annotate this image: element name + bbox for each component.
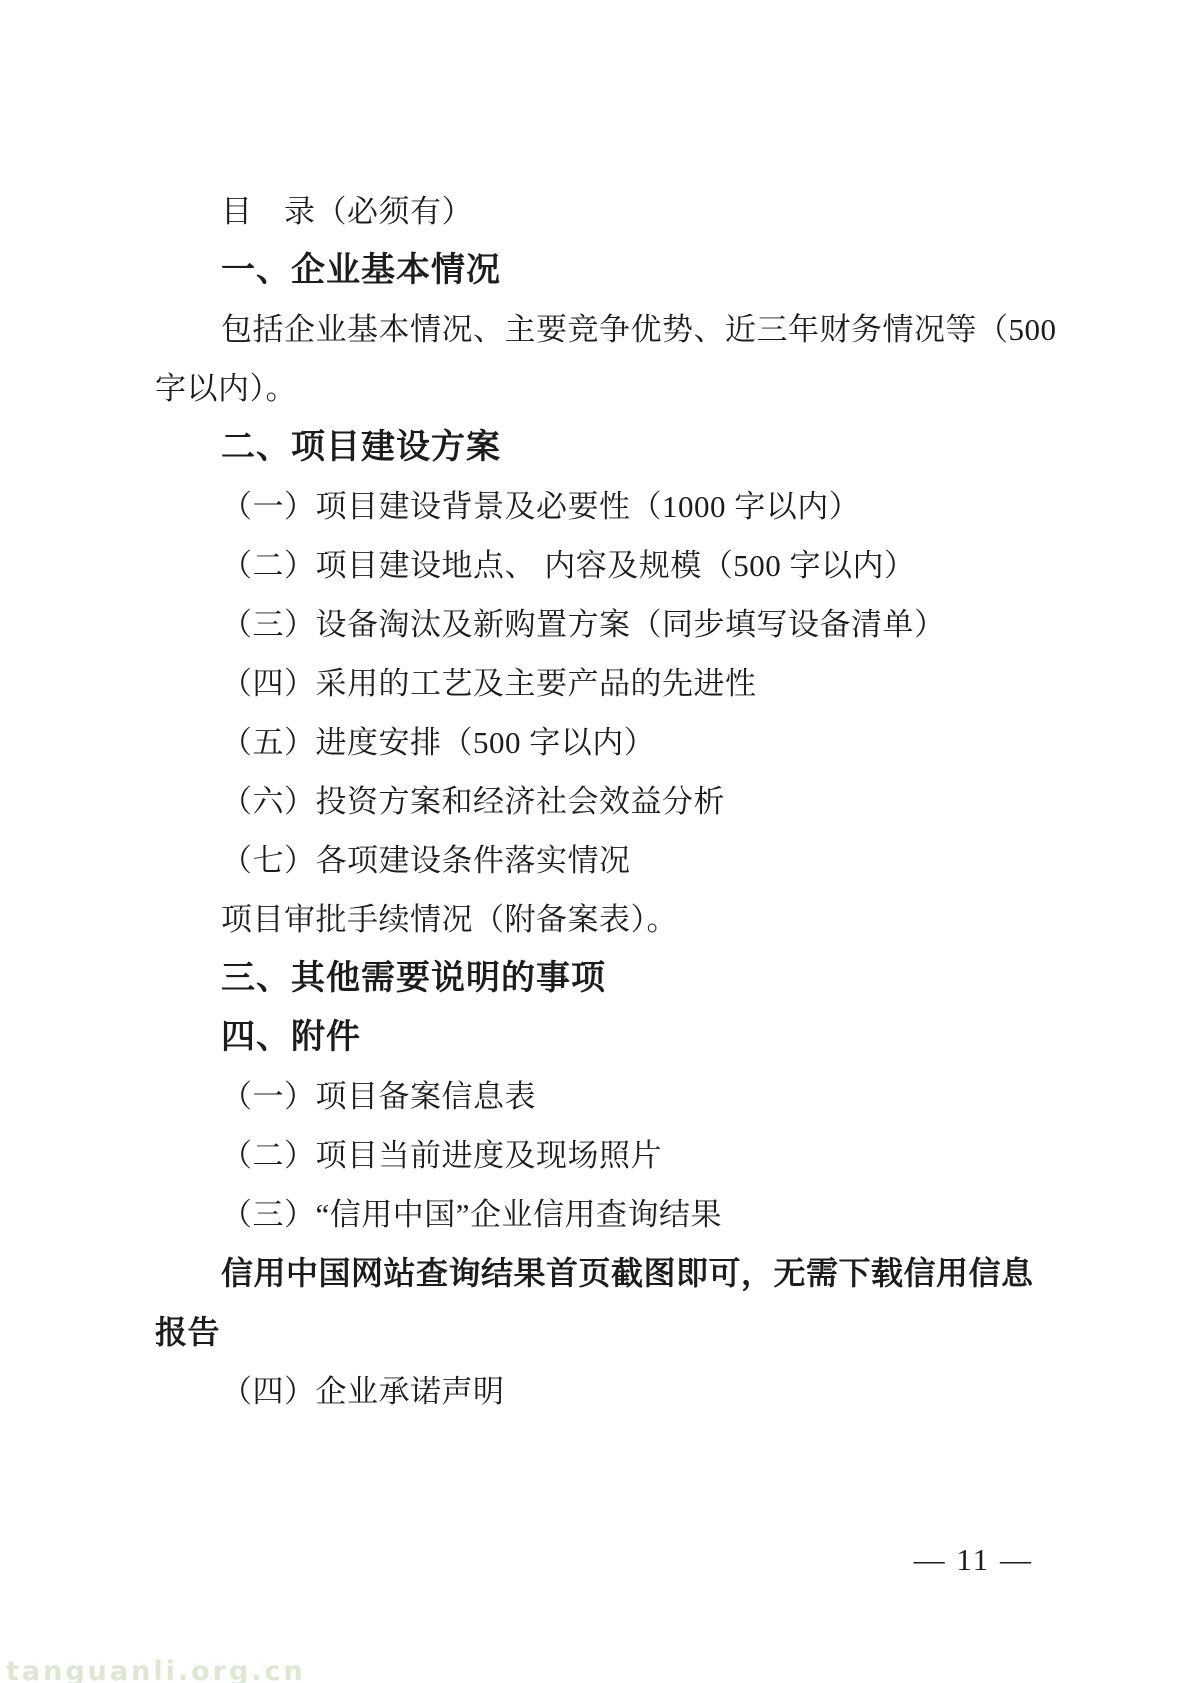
section-heading-4: 四、附件 xyxy=(155,1008,1039,1067)
toc-item: （二）项目建设地点、 内容及规模（500 字以内） xyxy=(155,536,1039,595)
paragraph-line: 包括企业基本情况、主要竞争优势、近三年财务情况等（500 xyxy=(155,300,1039,359)
document-body: 目 录（必须有） 一、企业基本情况 包括企业基本情况、主要竞争优势、近三年财务情… xyxy=(155,182,1039,1421)
toc-item: （三）“信用中国”企业信用查询结果 xyxy=(155,1185,1039,1244)
toc-item: （四）企业承诺声明 xyxy=(155,1362,1039,1421)
paragraph-line: 项目审批手续情况（附备案表）。 xyxy=(155,890,1039,949)
toc-item: （一）项目备案信息表 xyxy=(155,1067,1039,1126)
toc-item: （七）各项建设条件落实情况 xyxy=(155,831,1039,890)
toc-item: （二）项目当前进度及现场照片 xyxy=(155,1126,1039,1185)
toc-item: （三）设备淘汰及新购置方案（同步填写设备清单） xyxy=(155,595,1039,654)
section-heading-1: 一、企业基本情况 xyxy=(155,241,1039,300)
section-heading-2: 二、项目建设方案 xyxy=(155,418,1039,477)
toc-item: （六）投资方案和经济社会效益分析 xyxy=(155,772,1039,831)
page-number: — 11 — xyxy=(914,1540,1033,1580)
toc-item: （一）项目建设背景及必要性（1000 字以内） xyxy=(155,477,1039,536)
document-page: 目 录（必须有） 一、企业基本情况 包括企业基本情况、主要竞争优势、近三年财务情… xyxy=(0,0,1190,1683)
toc-item: （四）采用的工艺及主要产品的先进性 xyxy=(155,654,1039,713)
watermark: tanguanli.org.cn xyxy=(6,1656,306,1683)
toc-item: （五）进度安排（500 字以内） xyxy=(155,713,1039,772)
bold-note-line: 信用中国网站查询结果首页截图即可，无需下载信用信息 xyxy=(155,1244,1039,1303)
paragraph-continuation: 字以内）。 xyxy=(155,359,1039,418)
bold-note-continuation: 报告 xyxy=(155,1303,1039,1362)
section-heading-3: 三、其他需要说明的事项 xyxy=(155,949,1039,1008)
doc-title-line: 目 录（必须有） xyxy=(155,182,1039,241)
